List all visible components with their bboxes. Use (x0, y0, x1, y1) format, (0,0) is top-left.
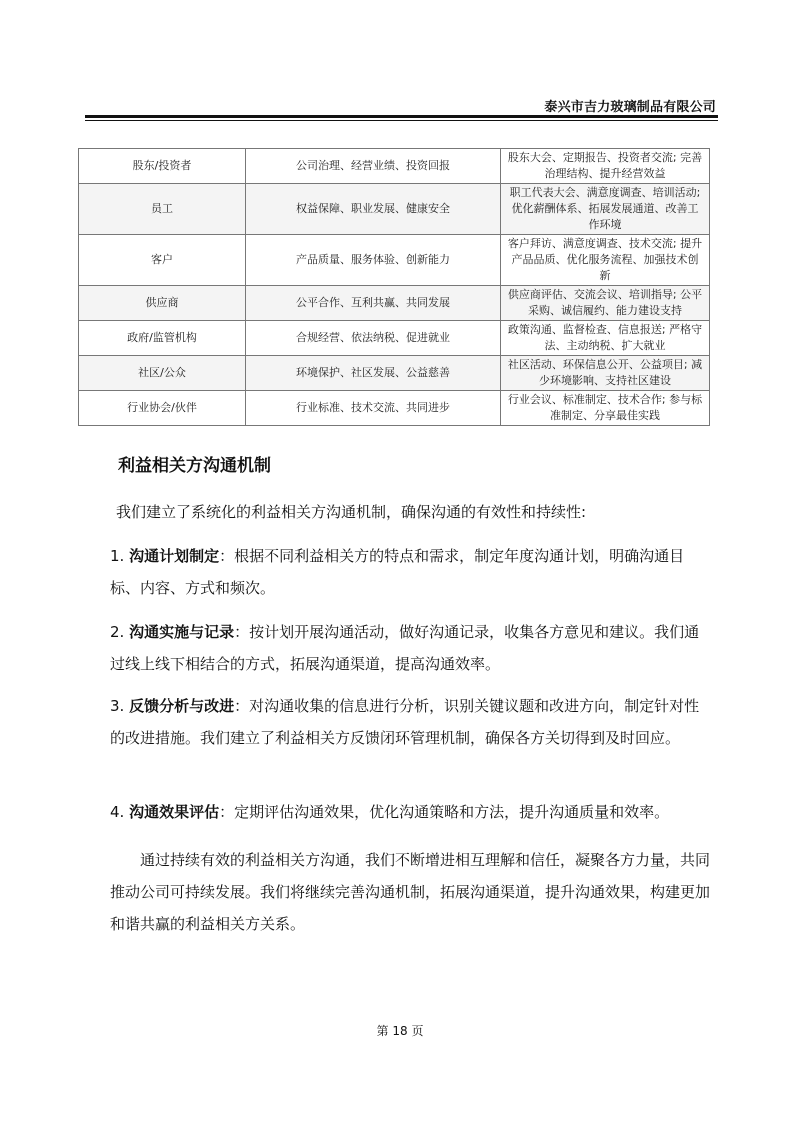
item-title: 反馈分析与改进 (129, 697, 234, 715)
stakeholder-cell: 社区/公众 (79, 356, 246, 391)
concerns-cell: 行业标准、技术交流、共同进步 (246, 391, 501, 426)
item-title: 沟通实施与记录 (129, 623, 234, 641)
stakeholder-table: 股东/投资者 公司治理、经营业绩、投资回报 股东大会、定期报告、投资者交流; 完… (78, 148, 710, 426)
list-item: 1. 沟通计划制定：根据不同利益相关方的特点和需求，制定年度沟通计划，明确沟通目… (110, 540, 702, 604)
stakeholder-cell: 股东/投资者 (79, 149, 246, 184)
table-row: 供应商 公平合作、互利共赢、共同发展 供应商评估、交流会议、培训指导; 公平采购… (79, 286, 710, 321)
item-text: ：定期评估沟通效果，优化沟通策略和方法，提升沟通质量和效率。 (219, 803, 669, 821)
page-number: 第 18 页 (0, 1022, 800, 1039)
table-row: 政府/监管机构 合规经营、依法纳税、促进就业 政策沟通、监督检查、信息报送; 严… (79, 321, 710, 356)
table-row: 客户 产品质量、服务体验、创新能力 客户拜访、满意度调查、技术交流; 提升产品品… (79, 235, 710, 286)
channels-cell: 客户拜访、满意度调查、技术交流; 提升产品品质、优化服务流程、加强技术创新 (501, 235, 710, 286)
channels-cell: 职工代表大会、满意度调查、培训活动; 优化薪酬体系、拓展发展通道、改善工作环境 (501, 184, 710, 235)
item-title: 沟通效果评估 (129, 803, 219, 821)
company-name-header: 泰兴市吉力玻璃制品有限公司 (544, 96, 716, 115)
table-row: 社区/公众 环境保护、社区发展、公益慈善 社区活动、环保信息公开、公益项目; 减… (79, 356, 710, 391)
table-row: 员工 权益保障、职业发展、健康安全 职工代表大会、满意度调查、培训活动; 优化薪… (79, 184, 710, 235)
item-number: 1. (110, 547, 124, 565)
channels-cell: 社区活动、环保信息公开、公益项目; 减少环境影响、支持社区建设 (501, 356, 710, 391)
closing-paragraph: 通过持续有效的利益相关方沟通，我们不断增进相互理解和信任，凝聚各方力量，共同推动… (110, 844, 710, 940)
list-item: 3. 反馈分析与改进：对沟通收集的信息进行分析，识别关键议题和改进方向，制定针对… (110, 690, 702, 754)
stakeholder-cell: 供应商 (79, 286, 246, 321)
header-rule-thin (85, 120, 718, 121)
list-item: 4. 沟通效果评估：定期评估沟通效果，优化沟通策略和方法，提升沟通质量和效率。 (110, 796, 702, 828)
intro-paragraph: 我们建立了系统化的利益相关方沟通机制，确保沟通的有效性和持续性: (116, 496, 708, 528)
channels-cell: 行业会议、标准制定、技术合作; 参与标准制定、分享最佳实践 (501, 391, 710, 426)
list-item: 2. 沟通实施与记录：按计划开展沟通活动，做好沟通记录，收集各方意见和建议。我们… (110, 616, 702, 680)
item-title: 沟通计划制定 (129, 547, 219, 565)
stakeholder-cell: 员工 (79, 184, 246, 235)
stakeholder-cell: 政府/监管机构 (79, 321, 246, 356)
item-number: 2. (110, 623, 124, 641)
item-number: 4. (110, 803, 124, 821)
stakeholder-cell: 客户 (79, 235, 246, 286)
concerns-cell: 合规经营、依法纳税、促进就业 (246, 321, 501, 356)
channels-cell: 股东大会、定期报告、投资者交流; 完善治理结构、提升经营效益 (501, 149, 710, 184)
concerns-cell: 公平合作、互利共赢、共同发展 (246, 286, 501, 321)
header-rule-thick (85, 115, 718, 118)
channels-cell: 政策沟通、监督检查、信息报送; 严格守法、主动纳税、扩大就业 (501, 321, 710, 356)
channels-cell: 供应商评估、交流会议、培训指导; 公平采购、诚信履约、能力建设支持 (501, 286, 710, 321)
item-number: 3. (110, 697, 124, 715)
section-title: 利益相关方沟通机制 (118, 451, 271, 476)
table-row: 行业协会/伙伴 行业标准、技术交流、共同进步 行业会议、标准制定、技术合作; 参… (79, 391, 710, 426)
concerns-cell: 产品质量、服务体验、创新能力 (246, 235, 501, 286)
concerns-cell: 公司治理、经营业绩、投资回报 (246, 149, 501, 184)
concerns-cell: 权益保障、职业发展、健康安全 (246, 184, 501, 235)
table-row: 股东/投资者 公司治理、经营业绩、投资回报 股东大会、定期报告、投资者交流; 完… (79, 149, 710, 184)
stakeholder-cell: 行业协会/伙伴 (79, 391, 246, 426)
concerns-cell: 环境保护、社区发展、公益慈善 (246, 356, 501, 391)
